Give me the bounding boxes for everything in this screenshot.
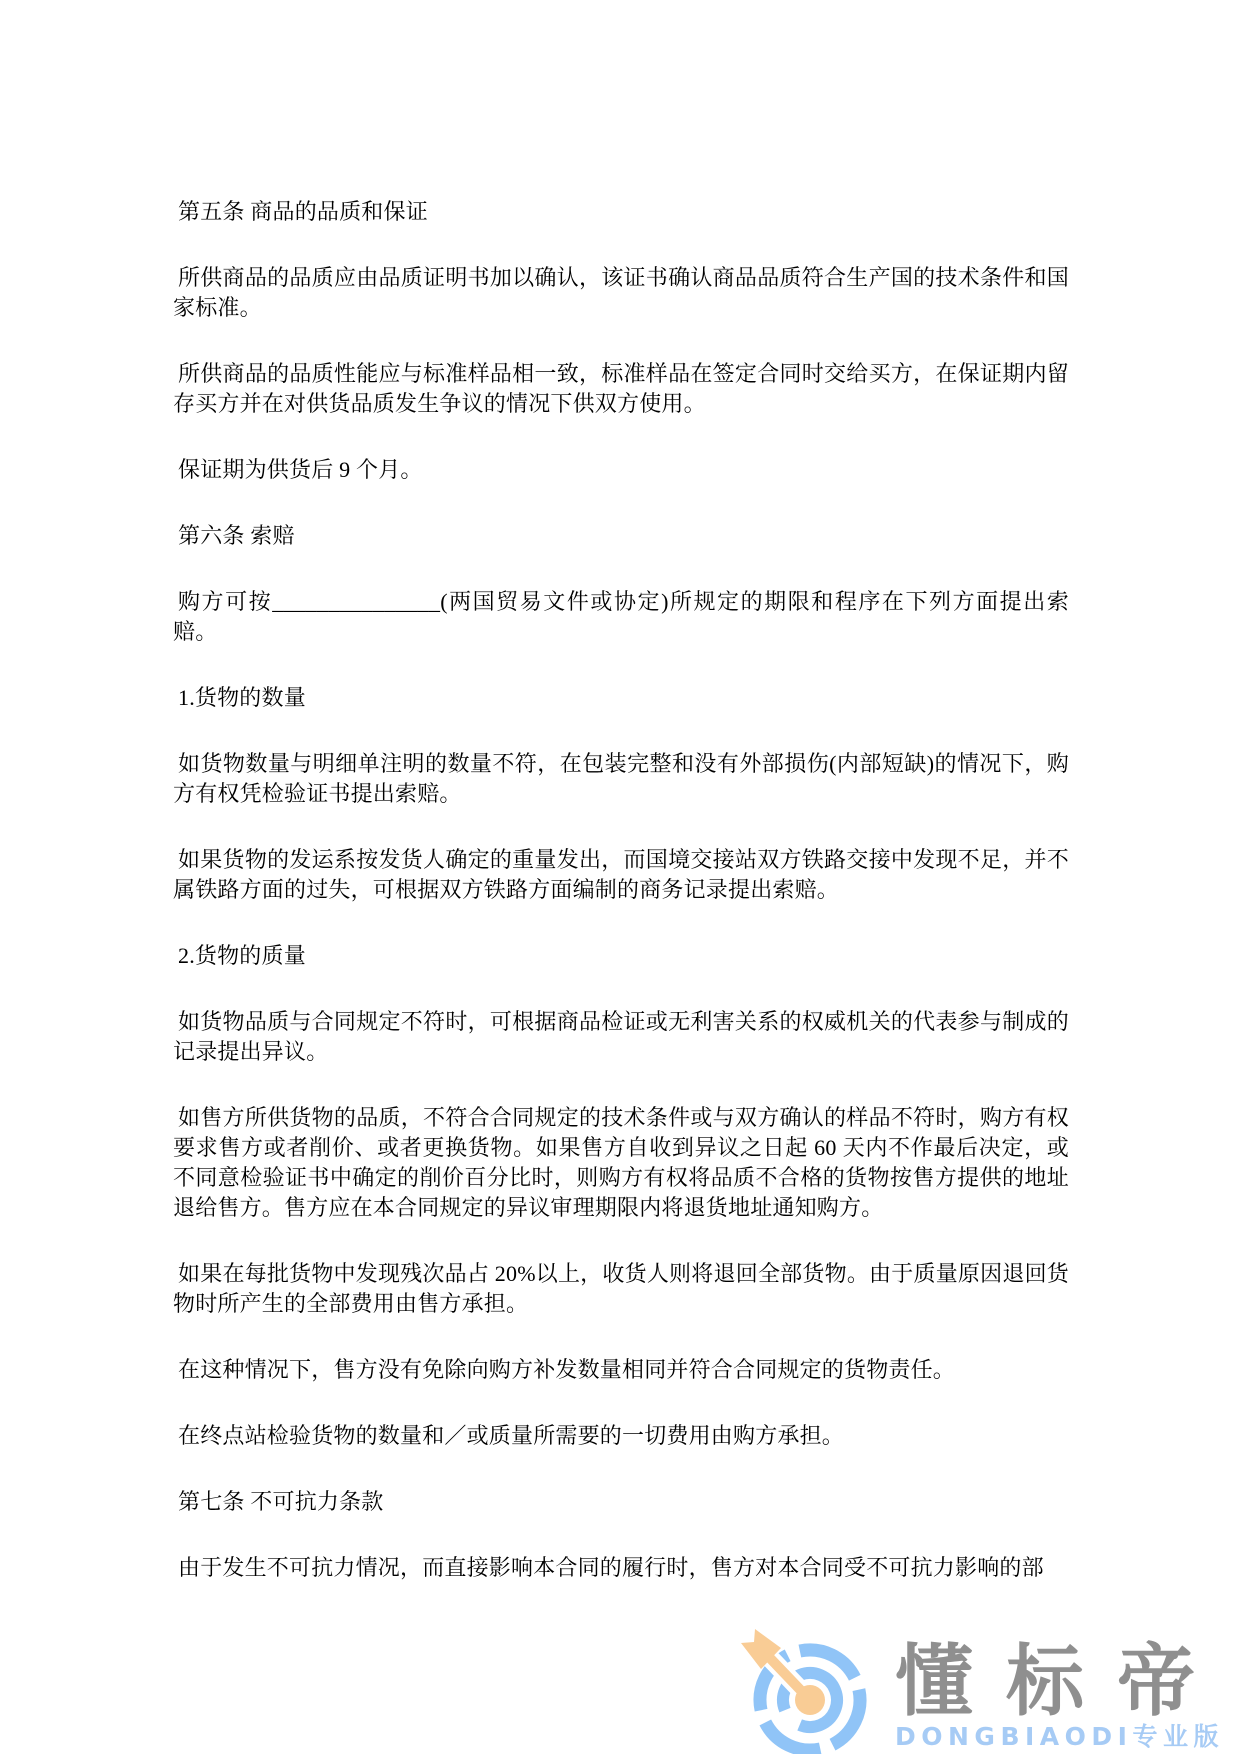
section-heading: 第六条 索赔 (173, 521, 1069, 551)
contract-body: 第五条 商品的品质和保证 所供商品的品质应由品质证明书加以确认，该证书确认商品品… (173, 197, 1069, 1619)
paragraph: 在这种情况下，售方没有免除向购方补发数量相同并符合合同规定的货物责任。 (173, 1355, 1069, 1385)
paragraph: 如货物品质与合同规定不符时，可根据商品检证或无利害关系的权威机关的代表参与制成的… (173, 1007, 1069, 1067)
brand-edition-label: 专业版 (1132, 1722, 1224, 1751)
section-heading: 1.货物的数量 (173, 683, 1069, 713)
section-heading: 2.货物的质量 (173, 941, 1069, 971)
paragraph: 购方可按_______________(两国贸易文件或协定)所规定的期限和程序在… (173, 587, 1069, 647)
section-heading: 第七条 不可抗力条款 (173, 1487, 1069, 1517)
target-dart-icon (738, 1626, 878, 1754)
paragraph: 如果在每批货物中发现残次品占 20%以上，收货人则将退回全部货物。由于质量原因退… (173, 1259, 1069, 1319)
section-heading: 第五条 商品的品质和保证 (173, 197, 1069, 227)
brand-name-en: DONGBIAODI专业版 (895, 1724, 1225, 1750)
paragraph: 如果货物的发运系按发货人确定的重量发出，而国境交接站双方铁路交接中发现不足，并不… (173, 845, 1069, 905)
paragraph: 如售方所供货物的品质，不符合合同规定的技术条件或与双方确认的样品不符时，购方有权… (173, 1103, 1069, 1223)
paragraph: 所供商品的品质应由品质证明书加以确认，该证书确认商品品质符合生产国的技术条件和国… (173, 263, 1069, 323)
paragraph: 由于发生不可抗力情况，而直接影响本合同的履行时，售方对本合同受不可抗力影响的部 (173, 1553, 1069, 1583)
contract-page: { "document": { "paragraphs": [ {"type":… (0, 0, 1241, 1754)
watermark-logo: 懂标帝 DONGBIAODI专业版 (733, 1620, 1241, 1754)
watermark-text-block: 懂标帝 DONGBIAODI专业版 (895, 1642, 1225, 1750)
paragraph: 所供商品的品质性能应与标准样品相一致，标准样品在签定合同时交给买方，在保证期内留… (173, 359, 1069, 419)
paragraph: 在终点站检验货物的数量和／或质量所需要的一切费用由购方承担。 (173, 1421, 1069, 1451)
paragraph: 保证期为供货后 9 个月。 (173, 455, 1069, 485)
brand-name-cn: 懂标帝 (895, 1642, 1225, 1722)
brand-en-letters: DONGBIAODI (895, 1722, 1132, 1751)
paragraph: 如货物数量与明细单注明的数量不符，在包装完整和没有外部损伤(内部短缺)的情况下，… (173, 749, 1069, 809)
